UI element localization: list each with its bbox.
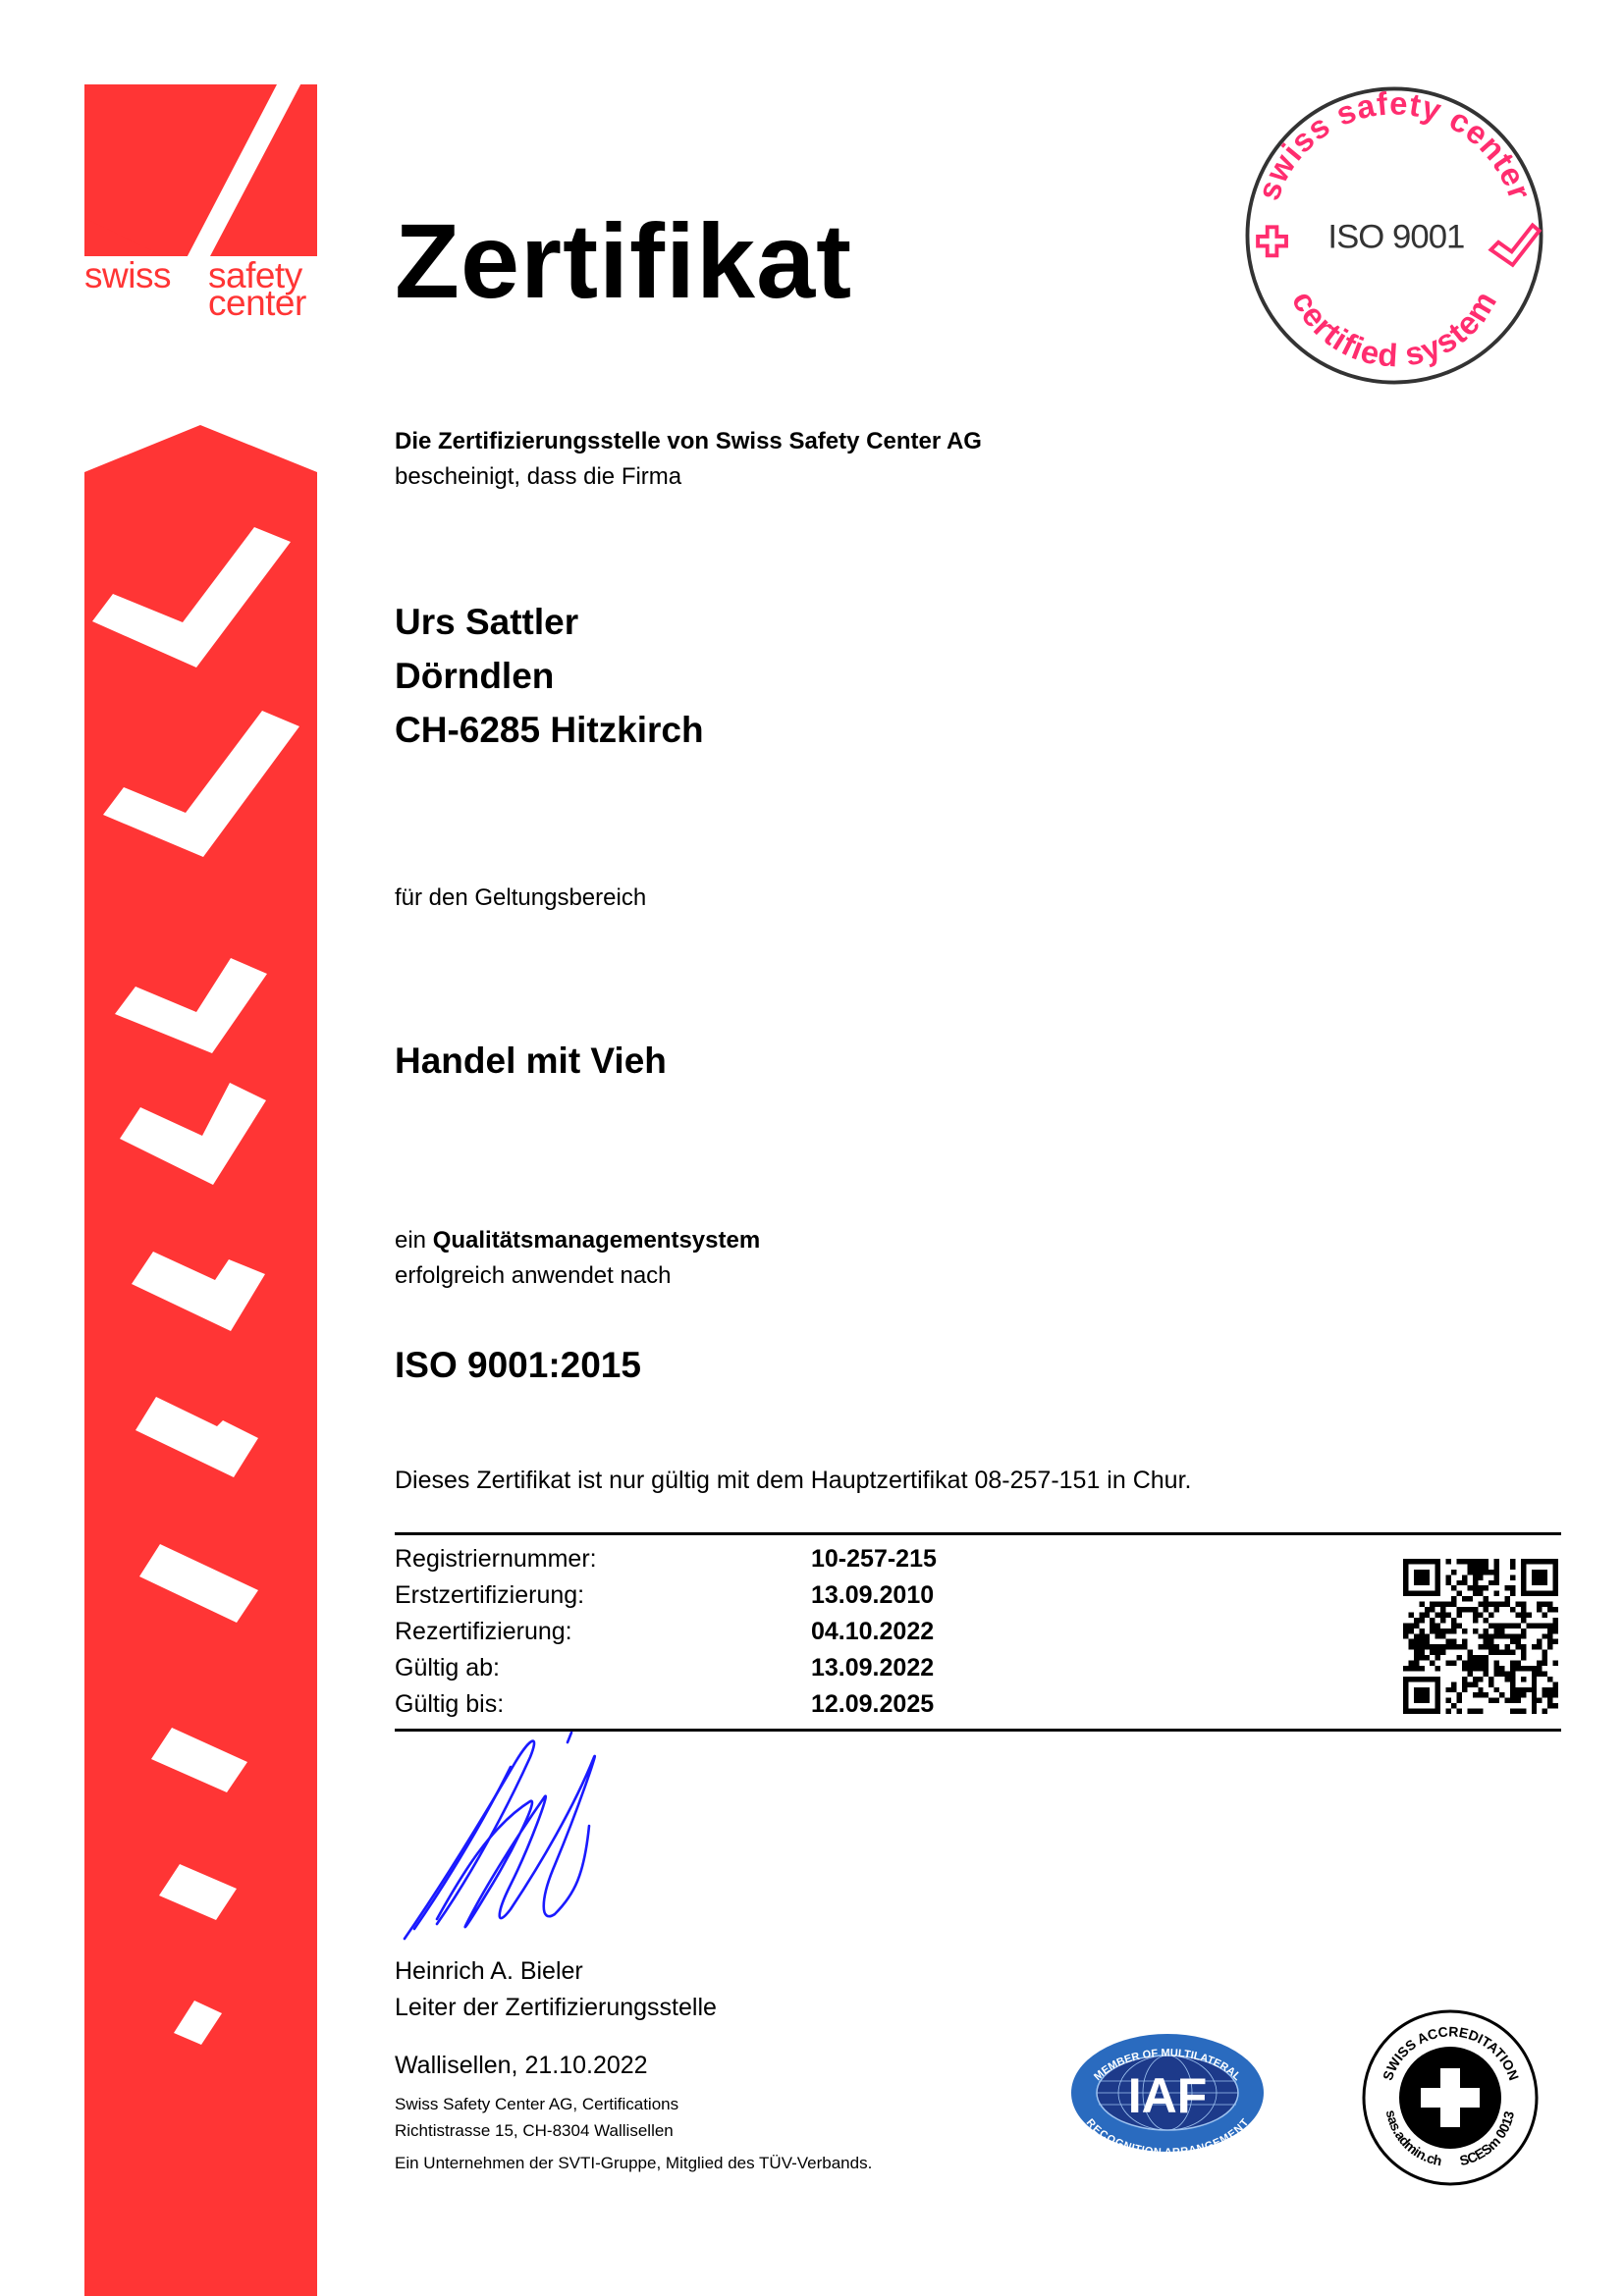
swiss-accreditation-logo: SWISS ACCREDITATION sas.admin.ch SCESm 0… bbox=[1360, 2007, 1542, 2189]
logo-word-swiss: swiss bbox=[84, 259, 171, 293]
detail-value: 13.09.2022 bbox=[811, 1650, 934, 1686]
detail-label: Gültig ab: bbox=[395, 1650, 500, 1686]
table-row: Rezertifizierung: 04.10.2022 bbox=[395, 1614, 984, 1650]
place-date: Wallisellen, 21.10.2022 bbox=[395, 2048, 648, 2083]
table-row: Gültig bis: 12.09.2025 bbox=[395, 1686, 984, 1723]
certifies-line: bescheinigt, dass die Firma bbox=[395, 459, 681, 495]
footer-company: Swiss Safety Center AG, Certifications bbox=[395, 2093, 678, 2116]
detail-value: 12.09.2025 bbox=[811, 1686, 934, 1723]
detail-value: 10-257-215 bbox=[811, 1541, 937, 1577]
table-row: Gültig ab: 13.09.2022 bbox=[395, 1650, 984, 1686]
company-street: Dörndlen bbox=[395, 649, 554, 703]
iso-9001-certified-seal: swiss safety center certified system ISO… bbox=[1233, 69, 1555, 402]
system-prefix: ein bbox=[395, 1227, 426, 1254]
table-row: Registriernummer: 10-257-215 bbox=[395, 1541, 984, 1577]
detail-label: Gültig bis: bbox=[395, 1686, 504, 1723]
detail-label: Registriernummer: bbox=[395, 1541, 597, 1577]
logo-word-center: center bbox=[208, 287, 306, 320]
signatory-role: Leiter der Zertifizierungsstelle bbox=[395, 1990, 717, 2025]
iaf-text: IAF bbox=[1128, 2068, 1208, 2123]
detail-label: Rezertifizierung: bbox=[395, 1614, 572, 1650]
issuer-line: Die Zertifizierungsstelle von Swiss Safe… bbox=[395, 424, 982, 459]
company-name: Urs Sattler bbox=[395, 595, 578, 649]
swiss-safety-center-logo: swiss safety center bbox=[84, 84, 317, 317]
table-top-rule bbox=[395, 1532, 1561, 1535]
detail-value: 04.10.2022 bbox=[811, 1614, 934, 1650]
detail-value: 13.09.2010 bbox=[811, 1577, 934, 1614]
qr-code[interactable] bbox=[1402, 1559, 1559, 1714]
page-title: Zertifikat bbox=[395, 192, 852, 330]
iaf-mla-logo: IAF MEMBER OF MULTILATERAL RECOGNITION A… bbox=[1069, 2032, 1266, 2155]
decorative-checkmark-strip bbox=[84, 425, 317, 2296]
logo-checkmark-icon bbox=[84, 84, 317, 256]
system-name: Qualitätsmanagementsystem bbox=[433, 1227, 760, 1254]
signature-image bbox=[393, 1728, 648, 1963]
scope-label: für den Geltungsbereich bbox=[395, 881, 646, 916]
system-line: ein Qualitätsmanagementsystem bbox=[395, 1223, 760, 1258]
footer-group: Ein Unternehmen der SVTI-Gruppe, Mitglie… bbox=[395, 2152, 872, 2175]
seal-center-text: ISO 9001 bbox=[1327, 219, 1464, 256]
system-line2: erfolgreich anwendet nach bbox=[395, 1258, 672, 1294]
scope-value: Handel mit Vieh bbox=[395, 1041, 667, 1082]
signatory-name: Heinrich A. Bieler bbox=[395, 1953, 583, 1989]
footer-address: Richtistrasse 15, CH-8304 Wallisellen bbox=[395, 2119, 674, 2143]
validity-note: Dieses Zertifikat ist nur gültig mit dem… bbox=[395, 1463, 1191, 1498]
iso-standard: ISO 9001:2015 bbox=[395, 1345, 641, 1386]
company-city: CH-6285 Hitzkirch bbox=[395, 703, 704, 757]
detail-label: Erstzertifizierung: bbox=[395, 1577, 584, 1614]
table-row: Erstzertifizierung: 13.09.2010 bbox=[395, 1577, 984, 1614]
